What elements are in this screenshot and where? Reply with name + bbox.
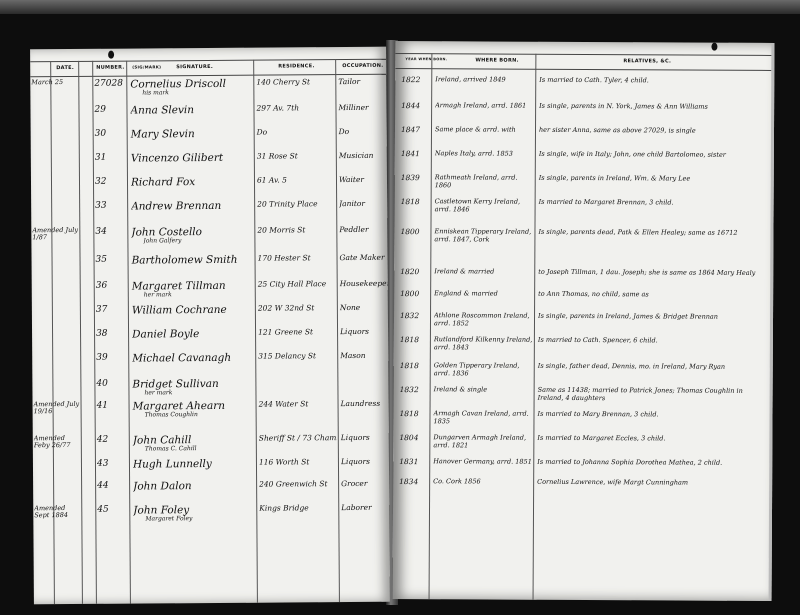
- ledger-row: 29Anna Slevin297 Av. 7thMilliner: [30, 103, 386, 105]
- year-born-cell: 1804: [399, 433, 429, 442]
- residence-cell: 20 Trinity Place: [257, 199, 335, 209]
- residence-cell: Sheriff St / 73 Chambers: [259, 433, 337, 443]
- relatives-cell: Is married to Cath. Tyler, 4 child.: [539, 76, 767, 85]
- ledger-row: 1800Enniskean Tipperary Ireland, arrd. 1…: [394, 227, 770, 229]
- ledger-row: 31Vincenzo Gilibert31 Rose StMusician: [31, 151, 387, 153]
- ledger-row: 1841Naples Italy, arrd. 1853Is single, w…: [395, 149, 771, 151]
- residence-cell: 61 Av. 5: [257, 175, 335, 185]
- scan-top-edge: [0, 0, 800, 14]
- number-cell: 44: [97, 481, 129, 491]
- signature-note: her mark: [144, 291, 254, 299]
- date-cell: Amended Sept 1884: [34, 505, 80, 519]
- relatives-cell: Is married to Margaret Eccles, 3 child.: [537, 434, 765, 443]
- residence-cell: Kings Bridge: [259, 503, 337, 513]
- header-residence: Residence.: [278, 63, 315, 69]
- left-header-row: Date. Number. (Sig/Mark) Signature. Resi…: [30, 59, 386, 77]
- signature-cell: John Dalon: [133, 480, 255, 493]
- relatives-cell: Is single, parents in Ireland, Wm. & Mar…: [539, 174, 767, 183]
- ledger-row: 1834Co. Cork 1856Cornelius Lawrence, wif…: [393, 477, 769, 479]
- right-header-row: Year When Born. Where Born. Relatives, &…: [395, 53, 771, 71]
- relatives-cell: Is married to Johanna Sophia Dorothea Ma…: [537, 458, 765, 467]
- residence-cell: 121 Greene St: [258, 327, 336, 337]
- occupation-cell: None: [340, 303, 388, 312]
- signature-cell: William Cochrane: [132, 304, 254, 317]
- occupation-cell: Peddler: [339, 225, 387, 234]
- number-cell: 35: [96, 255, 128, 265]
- relatives-cell: Is married to Margaret Brennan, 3 child.: [539, 198, 767, 207]
- ink-blot: [108, 51, 114, 59]
- ledger-row: 1831Hanover Germany, arrd. 1851Is marrie…: [393, 457, 769, 459]
- signature-note: Thomas Coughlin: [145, 411, 255, 419]
- year-born-cell: 1839: [401, 173, 431, 182]
- residence-cell: 315 Delancy St: [258, 351, 336, 361]
- signature-cell: Michael Cavanagh: [132, 352, 254, 365]
- residence-cell: 20 Morris St: [257, 225, 335, 235]
- signature-cell: Mary Slevin: [131, 128, 253, 141]
- residence-cell: 297 Av. 7th: [256, 103, 334, 113]
- ledger-row: 1820Ireland & marriedto Joseph Tillman, …: [394, 267, 770, 269]
- signature-note: Thomas C. Cahill: [145, 445, 255, 453]
- where-born-cell: Dungarven Armagh Ireland, arrd. 1821: [433, 433, 532, 450]
- signature-cell: Hugh Lunnelly: [133, 458, 255, 471]
- header-signature-sub: (Sig/Mark): [132, 64, 161, 69]
- number-cell: 29: [94, 105, 126, 115]
- year-born-cell: 1800: [400, 227, 430, 236]
- relatives-cell: Is married to Cath. Spencer, 6 child.: [538, 336, 766, 345]
- year-born-cell: 1832: [400, 311, 430, 320]
- signature-cell: Andrew Brennan: [131, 200, 253, 213]
- relatives-cell: Is single, parents in Ireland, James & B…: [538, 312, 766, 321]
- header-when-born: Year When Born.: [405, 57, 447, 61]
- signature-cell: Daniel Boyle: [132, 328, 254, 341]
- year-born-cell: 1800: [400, 289, 430, 298]
- occupation-cell: Gate Maker: [339, 253, 387, 262]
- date-cell: Amended July 1/87: [32, 227, 78, 241]
- ledger-row: Amended Sept 188445John FoleyMargaret Fo…: [33, 503, 389, 505]
- where-born-cell: Ireland & married: [434, 267, 533, 276]
- header-relatives: Relatives, &c.: [623, 58, 671, 64]
- ledger-row: 1844Armagh Ireland, arrd. 1861Is single,…: [395, 101, 771, 103]
- relatives-cell: to Joseph Tillman, 1 dau. Joseph; she is…: [538, 268, 766, 277]
- occupation-cell: Grocer: [341, 479, 389, 488]
- relatives-cell: Is single, father dead, Dennis, mo. in I…: [538, 362, 766, 371]
- occupation-cell: Musician: [339, 151, 387, 160]
- number-cell: 31: [95, 153, 127, 163]
- where-born-cell: Hanover Germany, arrd. 1851: [433, 457, 532, 466]
- ledger-row: 1804Dungarven Armagh Ireland, arrd. 1821…: [393, 433, 769, 435]
- number-cell: 32: [95, 177, 127, 187]
- occupation-cell: Mason: [340, 351, 388, 360]
- residence-cell: 25 City Hall Place: [258, 279, 336, 289]
- relatives-cell: Same as 11438; married to Patrick Jones;…: [538, 386, 766, 403]
- where-born-cell: Armagh Cavan Ireland, arrd. 1835: [433, 409, 532, 426]
- right-ledger-page: Year When Born. Where Born. Relatives, &…: [393, 41, 775, 601]
- ledger-row: 1818Armagh Cavan Ireland, arrd. 1835Is m…: [394, 409, 770, 411]
- where-born-cell: Same place & arrd. with: [435, 125, 534, 134]
- signature-cell: Anna Slevin: [130, 104, 252, 117]
- relatives-cell: to Ann Thomas, no child, same as: [538, 290, 766, 299]
- ledger-row: 1832Ireland & singleSame as 11438; marri…: [394, 385, 770, 387]
- ledger-row: Amended July 19/1641Margaret AhearnThoma…: [33, 399, 389, 401]
- residence-cell: 202 W 32nd St: [258, 303, 336, 313]
- ledger-row: 35Bartholomew Smith170 Hester StGate Mak…: [32, 253, 388, 255]
- where-born-cell: Rathmeath Ireland, arrd. 1860: [435, 173, 534, 190]
- relatives-cell: her sister Anna, same as above 27029, is…: [539, 126, 767, 135]
- header-where-born: Where Born.: [475, 57, 518, 63]
- year-born-cell: 1844: [401, 101, 431, 110]
- number-cell: 27028: [94, 79, 126, 89]
- number-cell: 45: [97, 505, 129, 515]
- number-cell: 39: [96, 353, 128, 363]
- signature-cell: Bartholomew Smith: [132, 254, 254, 267]
- year-born-cell: 1822: [401, 75, 431, 84]
- residence-cell: 31 Rose St: [257, 151, 335, 161]
- ledger-row: 1839Rathmeath Ireland, arrd. 1860Is sing…: [395, 173, 771, 175]
- year-born-cell: 1818: [401, 197, 431, 206]
- number-cell: 36: [96, 281, 128, 291]
- header-date: Date.: [56, 65, 74, 71]
- year-born-cell: 1818: [400, 335, 430, 344]
- occupation-cell: Liquors: [341, 433, 389, 442]
- occupation-cell: Waiter: [339, 175, 387, 184]
- where-born-cell: England & married: [434, 289, 533, 298]
- number-cell: 43: [97, 459, 129, 469]
- number-cell: 34: [95, 227, 127, 237]
- occupation-cell: Liquors: [341, 457, 389, 466]
- occupation-cell: Do: [339, 127, 387, 136]
- ledger-row: 36Margaret Tillmanher mark25 City Hall P…: [32, 279, 388, 281]
- number-cell: 42: [97, 435, 129, 445]
- occupation-cell: Liquors: [340, 327, 388, 336]
- where-born-cell: Castletown Kerry Ireland, arrd. 1846: [435, 197, 534, 214]
- occupation-cell: Tailor: [338, 77, 386, 86]
- ledger-row: Amended Feby 26/7742John CahillThomas C.…: [33, 433, 389, 435]
- ledger-row: 1800England & marriedto Ann Thomas, no c…: [394, 289, 770, 291]
- relatives-cell: Is single, parents in N. York, James & A…: [539, 102, 767, 111]
- ledger-row: 30Mary SlevinDoDo: [31, 127, 387, 129]
- signature-note: her mark: [144, 389, 254, 397]
- ledger-row: 1818Castletown Kerry Ireland, arrd. 1846…: [395, 197, 771, 199]
- year-born-cell: 1834: [399, 477, 429, 486]
- signature-note: Margaret Foley: [145, 515, 255, 523]
- number-cell: 37: [96, 305, 128, 315]
- where-born-cell: Enniskean Tipperary Ireland, arrd. 1847,…: [434, 227, 533, 244]
- residence-cell: 116 Worth St: [259, 457, 337, 467]
- relatives-cell: Is single, parents dead, Patk & Ellen He…: [538, 228, 766, 237]
- residence-cell: 244 Water St: [259, 399, 337, 409]
- header-number: Number.: [96, 65, 124, 71]
- residence-cell: 140 Cherry St: [256, 77, 334, 87]
- ledger-row: 44John Dalon240 Greenwich StGrocer: [33, 479, 389, 481]
- date-cell: Amended Feby 26/77: [34, 435, 80, 449]
- year-born-cell: 1818: [399, 409, 429, 418]
- year-born-cell: 1847: [401, 125, 431, 134]
- ledger-row: 1832Athlone Roscommon Ireland, arrd. 185…: [394, 311, 770, 313]
- occupation-cell: Housekeeper: [340, 279, 388, 288]
- where-born-cell: Golden Tipperary Ireland, arrd. 1836: [434, 361, 533, 378]
- year-born-cell: 1818: [400, 361, 430, 370]
- ledger-row: 1847Same place & arrd. withher sister An…: [395, 125, 771, 127]
- date-cell: Amended July 19/16: [34, 401, 80, 415]
- where-born-cell: Athlone Roscommon Ireland, arrd. 1852: [434, 311, 533, 328]
- ledger-row: 37William Cochrane202 W 32nd StNone: [32, 303, 388, 305]
- ledger-row: 33Andrew Brennan20 Trinity PlaceJanitor: [31, 199, 387, 201]
- where-born-cell: Armagh Ireland, arrd. 1861: [435, 101, 534, 110]
- year-born-cell: 1831: [399, 457, 429, 466]
- number-cell: 33: [95, 201, 127, 211]
- where-born-cell: Ireland, arrived 1849: [435, 75, 534, 84]
- ledger-row: Amended July 1/8734John CostelloJohn Gal…: [31, 225, 387, 227]
- ledger-row: 40Bridget Sullivanher mark: [32, 377, 388, 379]
- ledger-row: 39Michael Cavanagh315 Delancy StMason: [32, 351, 388, 353]
- signature-note: John Galfery: [143, 237, 253, 245]
- where-born-cell: Co. Cork 1856: [433, 477, 532, 486]
- header-signature: Signature.: [176, 64, 213, 70]
- where-born-cell: Naples Italy, arrd. 1853: [435, 149, 534, 158]
- signature-cell: Richard Fox: [131, 176, 253, 189]
- year-born-cell: 1820: [400, 267, 430, 276]
- occupation-cell: Laundress: [341, 399, 389, 408]
- ink-blot: [711, 43, 717, 51]
- ledger-row: 1822Ireland, arrived 1849Is married to C…: [395, 75, 771, 77]
- where-born-cell: Ireland & single: [434, 385, 533, 394]
- occupation-cell: Milliner: [338, 103, 386, 112]
- number-cell: 40: [96, 379, 128, 389]
- year-born-cell: 1841: [401, 149, 431, 158]
- ledger-row: 32Richard Fox61 Av. 5Waiter: [31, 175, 387, 177]
- residence-cell: 240 Greenwich St: [259, 479, 337, 489]
- ledger-row: 43Hugh Lunnelly116 Worth StLiquors: [33, 457, 389, 459]
- left-entries: March 2527028Cornelius Driscollhis mark1…: [30, 47, 386, 49]
- residence-cell: Do: [257, 127, 335, 137]
- residence-cell: 170 Hester St: [257, 253, 335, 263]
- relatives-cell: Cornelius Lawrence, wife Margt Cunningha…: [537, 478, 765, 487]
- year-born-cell: 1832: [400, 385, 430, 394]
- relatives-cell: Is married to Mary Brennan, 3 child.: [537, 410, 765, 419]
- number-cell: 41: [97, 401, 129, 411]
- occupation-cell: Laborer: [341, 503, 389, 512]
- ledger-row: March 2527028Cornelius Driscollhis mark1…: [30, 77, 386, 79]
- residence-cell: [258, 377, 336, 378]
- number-cell: 30: [95, 129, 127, 139]
- ledger-row: 1818Rutlandford Kilkenny Ireland, arrd. …: [394, 335, 770, 337]
- occupation-cell: Janitor: [339, 199, 387, 208]
- date-cell: March 25: [31, 79, 77, 86]
- number-cell: 38: [96, 329, 128, 339]
- left-ledger-page: Date. Number. (Sig/Mark) Signature. Resi…: [30, 47, 390, 604]
- ledger-row: 1818Golden Tipperary Ireland, arrd. 1836…: [394, 361, 770, 363]
- ledger-row: 38Daniel Boyle121 Greene StLiquors: [32, 327, 388, 329]
- relatives-cell: Is single, wife in Italy; John, one chil…: [539, 150, 767, 159]
- where-born-cell: Rutlandford Kilkenny Ireland, arrd. 1843: [434, 335, 533, 352]
- header-occupation: Occupation.: [342, 63, 383, 69]
- signature-note: his mark: [142, 89, 252, 97]
- signature-cell: Vincenzo Gilibert: [131, 152, 253, 165]
